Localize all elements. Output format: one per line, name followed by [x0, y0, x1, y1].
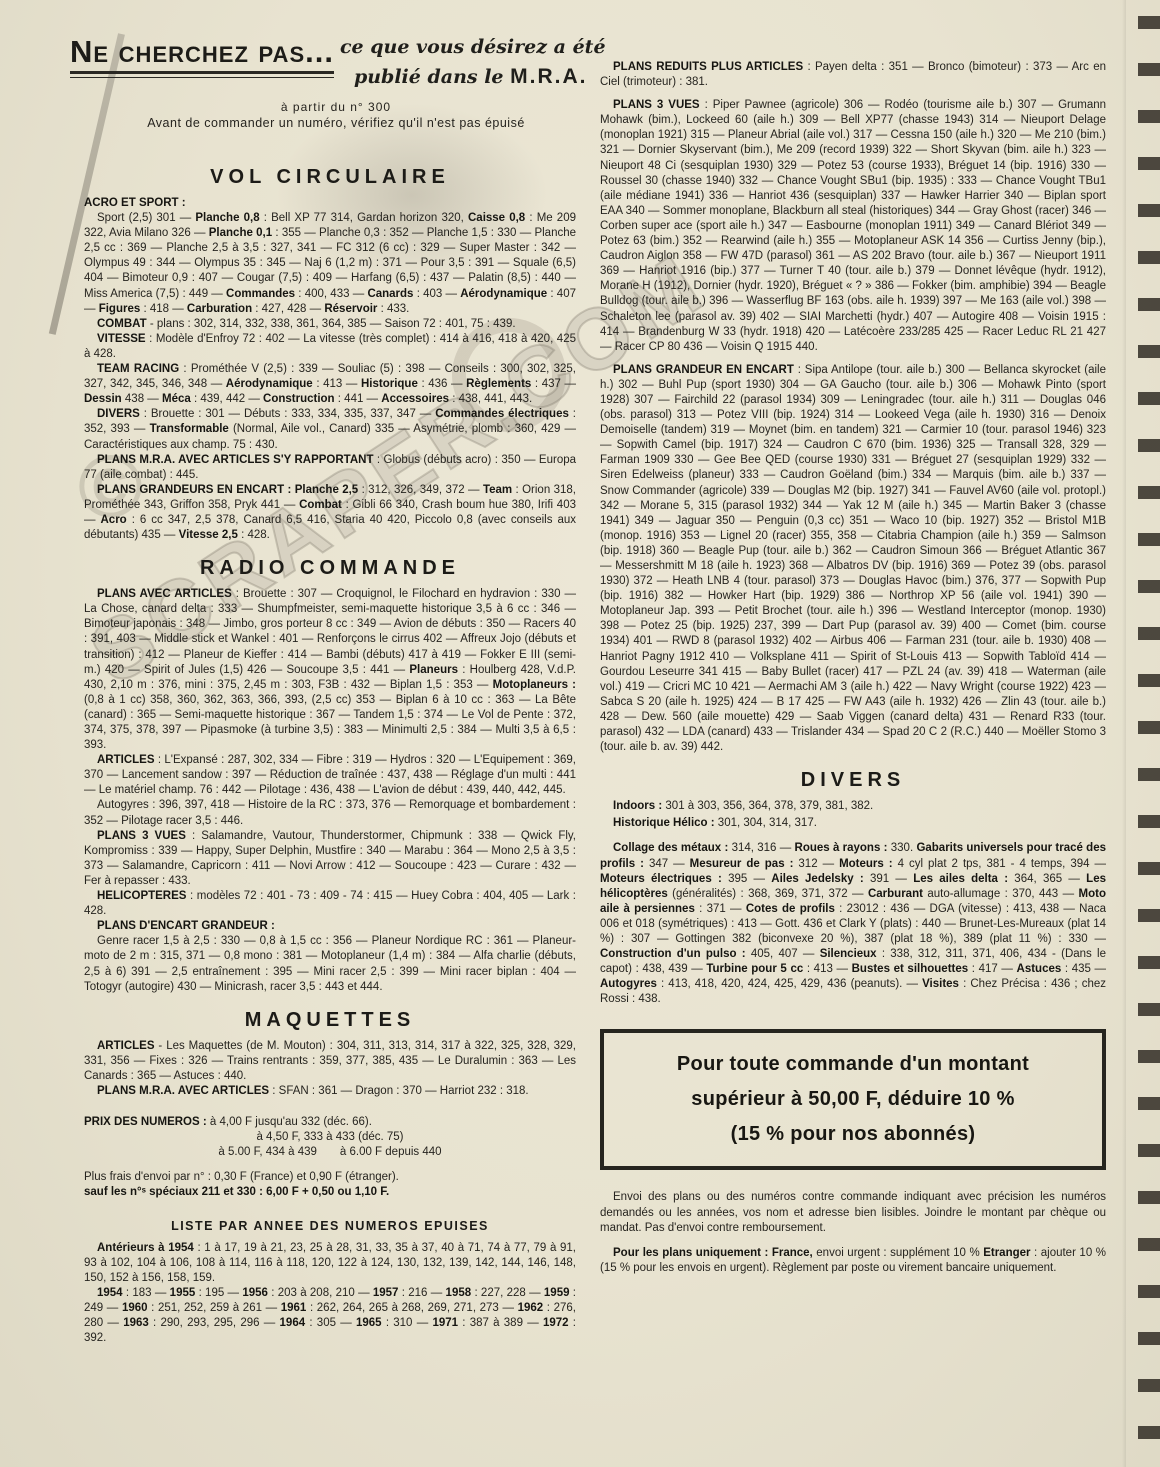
bold-text: Roues à rayons : [795, 842, 888, 854]
text: : 427, 428 — [252, 303, 324, 315]
text: : Brouette : 307 — Croquignol, le Filoch… [84, 588, 576, 675]
bold-text: 1962 [518, 1302, 544, 1314]
bold-text: PLANS GRANDEUR EN ENCART [613, 364, 794, 376]
header-note-warning: Avant de commander un numéro, vérifiez q… [70, 116, 602, 130]
bold-text: ACRO ET SPORT : [84, 197, 186, 209]
text: : 438, 441, 443. [449, 393, 532, 405]
bold-text: Carburant [868, 888, 923, 900]
text: : 428. [238, 529, 270, 541]
paragraph: ARTICLES - Les Maquettes (de M. Mouton) … [84, 1039, 576, 1084]
text: 395 — [722, 873, 771, 885]
bold-text: Règlements [466, 378, 531, 390]
text: : 413 — [803, 963, 851, 975]
text: auto-allumage : 370, 443 — [923, 888, 1079, 900]
text: : 290, 293, 295, 296 — [149, 1317, 280, 1329]
bold-text: Mesureur de pas : [690, 858, 794, 870]
bold-text: PLANS 3 VUES [97, 830, 186, 842]
bold-text: ARTICLES [97, 1040, 155, 1052]
header-note-number: à partir du n° 300 [70, 100, 602, 114]
text: Autogyres : 396, 397, 418 — Histoire de … [84, 799, 576, 826]
vol-circulaire-paragraphs: ACRO ET SPORT :Sport (2,5) 301 — Planche… [84, 196, 576, 543]
bold-text: 1955 [170, 1287, 196, 1299]
text: : 251, 252, 259 à 261 — [148, 1302, 281, 1314]
bold-text: sauf les n°ˢ spéciaux 211 et 330 : 6,00 … [84, 1186, 389, 1198]
bold-text: ARTICLES [97, 754, 155, 766]
bold-text: 1960 [122, 1302, 148, 1314]
title-rule-thin [70, 77, 334, 78]
paragraph: Collage des métaux : 314, 316 — Roues à … [600, 841, 1106, 1007]
promo-line: supérieur à 50,00 F, déduire 10 % [612, 1082, 1094, 1117]
paragraph: VITESSE : Modèle d'Enfroy 72 : 402 — La … [84, 332, 576, 362]
bold-text: Planche 2,5 [295, 484, 358, 496]
title-script: ce que vous désirez a été publié dans le… [340, 34, 606, 92]
text: 391 — [864, 873, 913, 885]
paragraph: sauf les n°ˢ spéciaux 211 et 330 : 6,00 … [84, 1185, 576, 1200]
section-title-vol-circulaire: VOL CIRCULAIRE [84, 166, 576, 189]
text: 364, 365 — [1008, 873, 1086, 885]
paragraph: PLANS 3 VUES : Salamandre, Vautour, Thun… [84, 829, 576, 889]
text: : 441 — [335, 393, 382, 405]
paragraph: PLANS D'ENCART GRANDEUR : [84, 919, 576, 934]
bold-text: 1959 [544, 1287, 570, 1299]
bold-text: Construction [263, 393, 335, 405]
text: : SFAN : 361 — Dragon : 370 — Harriot 23… [269, 1085, 529, 1097]
bold-text: Antérieurs à 1954 [97, 1242, 194, 1254]
text: : 203 à 208, 210 — [268, 1287, 373, 1299]
mra-logo: M.R.A. [510, 65, 587, 88]
bold-text: Collage des métaux : [613, 842, 728, 854]
text: : 216 — [398, 1287, 445, 1299]
magazine-page: SCRAPER.COM © Ne cherchez pas... ce que … [0, 0, 1160, 1467]
text: : 435 — [1061, 963, 1106, 975]
text: : 400, 433 — [295, 288, 367, 300]
text: 405, 407 — [746, 948, 820, 960]
bold-text: Acro [101, 514, 127, 526]
bold-text: Ailes Jedelsky : [771, 873, 863, 885]
paragraph: Pour les plans uniquement : France, envo… [600, 1246, 1106, 1276]
text: : 437 — [531, 378, 576, 390]
bold-text: 1965 [356, 1317, 382, 1329]
bold-text: Pour les plans uniquement : France, [613, 1247, 813, 1259]
text: : 195 — [195, 1287, 242, 1299]
paragraph: Indoors : 301 à 303, 356, 364, 378, 379,… [600, 799, 1106, 814]
title-script-line1: ce que vous désirez a été [340, 34, 606, 62]
prix-des-numeros: PRIX DES NUMEROS : à 4,00 F jusqu'au 332… [84, 1115, 576, 1200]
maquettes-paragraphs: ARTICLES - Les Maquettes (de M. Mouton) … [84, 1039, 576, 1099]
bold-text: Canards [367, 288, 413, 300]
bold-text: Réservoir [324, 303, 377, 315]
bold-text: Planche 0,8 [195, 212, 259, 224]
paragraph: PLANS AVEC ARTICLES : Brouette : 307 — C… [84, 587, 576, 753]
bold-text: PLANS M.R.A. AVEC ARTICLES [97, 1085, 269, 1097]
bold-text: 1957 [373, 1287, 399, 1299]
left-column: VOL CIRCULAIRE ACRO ET SPORT :Sport (2,5… [84, 166, 576, 1346]
text: Plus frais d'envoi par n° : 0,30 F (Fran… [84, 1171, 399, 1183]
paragraph: ARTICLES : L'Expansé : 287, 302, 334 — F… [84, 753, 576, 798]
text: : 6 cc 347, 2,5 378, Canard 6,5 416, Sta… [84, 514, 576, 541]
bold-text: Autogyres [600, 978, 657, 990]
bold-text: Accessoires [381, 393, 449, 405]
page-title: Ne cherchez pas... [70, 34, 334, 70]
bold-text: COMBAT [97, 318, 147, 330]
bold-text: Vitesse 2,5 [179, 529, 238, 541]
bold-text: Caisse 0,8 [468, 212, 525, 224]
text: 301 à 303, 356, 364, 378, 379, 381, 382. [662, 800, 873, 812]
bold-text: Visites [922, 978, 959, 990]
text: : 413 — [313, 378, 361, 390]
paragraph: PLANS M.R.A. AVEC ARTICLES : SFAN : 361 … [84, 1084, 576, 1099]
text: 330. [887, 842, 916, 854]
text: à 5.00 F, 434 à 439 à 6.00 F depuis 440 [218, 1146, 441, 1158]
paragraph: Autogyres : 396, 397, 418 — Histoire de … [84, 798, 576, 828]
bold-text: Historique [361, 378, 418, 390]
bold-text: PLANS AVEC ARTICLES [97, 588, 232, 600]
bold-text: Commandes [226, 288, 295, 300]
title-script-line2: publié dans le M.R.A. [354, 62, 606, 92]
bold-text: 1964 [280, 1317, 306, 1329]
text: envoi urgent : supplément 10 % [813, 1247, 983, 1259]
paragraph: Envoi des plans ou des numéros contre co… [600, 1190, 1106, 1235]
section-title-radio-commande: RADIO COMMANDE [84, 557, 576, 580]
bold-text: Figures [99, 303, 141, 315]
bold-text: Bustes et silhouettes [852, 963, 969, 975]
paragraph: DIVERS : Brouette : 301 — Débuts : 333, … [84, 407, 576, 452]
text: à 4,50 F, 333 à 433 (déc. 75) [256, 1131, 403, 1143]
spiral-binding [1138, 16, 1160, 1467]
paragraph: TEAM RACING : Prométhée V (2,5) : 339 — … [84, 362, 576, 407]
bold-text: HELICOPTERES [97, 890, 186, 902]
bold-text: Commandes électriques [435, 408, 569, 420]
text: : 371 — [695, 903, 746, 915]
bold-text: Construction d'un pulso : [600, 948, 746, 960]
bold-text: Carburation [187, 303, 252, 315]
paragraph: Historique Hélico : 301, 304, 314, 317. [600, 816, 1106, 831]
text: : 436 — [418, 378, 466, 390]
bold-text: Transformable [150, 423, 229, 435]
paragraph: COMBAT - plans : 302, 314, 332, 338, 361… [84, 317, 576, 332]
paragraph: PLANS 3 VUES : Piper Pawnee (agricole) 3… [600, 98, 1106, 355]
bold-text: Aérodynamique [226, 378, 313, 390]
bold-text: PLANS D'ENCART GRANDEUR : [97, 920, 275, 932]
bold-text: Méca [162, 393, 191, 405]
text: : 310 — [382, 1317, 433, 1329]
text: : 387 à 389 — [458, 1317, 543, 1329]
paragraph: HELICOPTERES : modèles 72 : 401 - 73 : 4… [84, 889, 576, 919]
bold-text: DIVERS [97, 408, 140, 420]
promo-line: Pour toute commande d'un montant [612, 1047, 1094, 1082]
bold-text: Historique Hélico : [613, 817, 715, 829]
text: - plans : 302, 314, 332, 338, 361, 364, … [147, 318, 516, 330]
bold-text: Combat [299, 499, 342, 511]
text: : Modèle d'Enfroy 72 : 402 — La vitesse … [84, 333, 576, 360]
bold-text: Motoplaneurs : [493, 679, 576, 691]
header: Ne cherchez pas... ce que vous désirez a… [70, 34, 602, 130]
brand-row: Ne cherchez pas... ce que vous désirez a… [70, 34, 602, 92]
paragraph: à 5.00 F, 434 à 439 à 6.00 F depuis 440 [84, 1145, 576, 1160]
bold-text: Team [483, 484, 512, 496]
bold-text: Turbine pour 5 cc [706, 963, 803, 975]
bold-text: TEAM RACING [97, 363, 179, 375]
liste-epuises-paragraphs: Antérieurs à 1954 : 1 à 17, 19 à 21, 23,… [84, 1241, 576, 1347]
ordering-notes: Envoi des plans ou des numéros contre co… [600, 1190, 1106, 1275]
title-rule-thick [70, 71, 334, 74]
bold-text: Etranger [983, 1247, 1030, 1259]
page-edge-shadow [1122, 0, 1126, 1467]
radio-commande-paragraphs: PLANS AVEC ARTICLES : Brouette : 307 — C… [84, 587, 576, 995]
text: : Sipa Antilope (tour. aile b.) 300 — Be… [600, 364, 1106, 753]
paragraph: PLANS M.R.A. AVEC ARTICLES S'Y RAPPORTAN… [84, 453, 576, 483]
paragraph: à 4,50 F, 333 à 433 (déc. 75) [84, 1130, 576, 1145]
text: : Brouette : 301 — Débuts : 333, 334, 33… [140, 408, 435, 420]
text: (0,8 à 1 cc) 358, 360, 362, 363, 366, 39… [84, 694, 576, 751]
paragraph: ACRO ET SPORT : [84, 196, 576, 211]
brand-wrap: Ne cherchez pas... [70, 34, 334, 78]
bold-text: PLANS 3 VUES [613, 99, 700, 111]
text: 347 — [644, 858, 690, 870]
paragraph: PLANS GRANDEUR EN ENCART : Sipa Antilope… [600, 363, 1106, 755]
text: 312 — [793, 858, 839, 870]
paragraph: PLANS REDUITS PLUS ARTICLES : Payen delt… [600, 60, 1106, 90]
text: Envoi des plans ou des numéros contre co… [600, 1191, 1106, 1233]
text: : 262, 264, 265 à 268, 269, 271, 273 — [306, 1302, 517, 1314]
text: : 433. [377, 303, 409, 315]
text: : L'Expansé : 287, 302, 334 — Fibre : 31… [84, 754, 576, 796]
paragraph: PLANS GRANDEURS EN ENCART : Planche 2,5 … [84, 483, 576, 543]
text: Sport (2,5) 301 — [97, 212, 195, 224]
paragraph: 1954 : 183 — 1955 : 195 — 1956 : 203 à 2… [84, 1286, 576, 1346]
bold-text: 1954 [97, 1287, 123, 1299]
bold-text: Les ailes delta : [913, 873, 1008, 885]
paragraph: Plus frais d'envoi par n° : 0,30 F (Fran… [84, 1170, 576, 1185]
text: Genre racer 1,5 à 2,5 : 330 — 0,8 à 1,5 … [84, 935, 576, 992]
divers-paragraphs: Indoors : 301 à 303, 356, 364, 378, 379,… [600, 799, 1106, 1007]
bold-text: PLANS M.R.A. AVEC ARTICLES S'Y RAPPORTAN… [97, 454, 373, 466]
text: : 403 — [413, 288, 460, 300]
text: 301, 304, 314, 317. [715, 817, 817, 829]
bold-text: Moteurs électriques : [600, 873, 722, 885]
text: : 439, 442 — [191, 393, 263, 405]
bold-text: Silencieux [820, 948, 877, 960]
text: (généralités) : 368, 369, 371, 372 — [668, 888, 868, 900]
text: : Piper Pawnee (agricole) 306 — Rodéo (t… [600, 99, 1106, 353]
bold-text: Indoors : [613, 800, 662, 812]
text: - Les Maquettes (de M. Mouton) : 304, 31… [84, 1040, 576, 1082]
text: 4 cyl plat 2 tps, 381 - 4 temps, 394 — [893, 858, 1106, 870]
text: : 413, 418, 420, 424, 425, 429, 436 (pea… [657, 978, 922, 990]
bold-text: VITESSE [97, 333, 146, 345]
paragraph: PRIX DES NUMEROS : à 4,00 F jusqu'au 332… [84, 1115, 576, 1130]
text: : 305 — [305, 1317, 356, 1329]
paragraph: Sport (2,5) 301 — Planche 0,8 : Bell XP … [84, 211, 576, 317]
paragraph: Antérieurs à 1954 : 1 à 17, 19 à 21, 23,… [84, 1241, 576, 1286]
bold-text: 1963 [123, 1317, 149, 1329]
bold-text: Planche 0,1 [209, 227, 272, 239]
right-column: PLANS REDUITS PLUS ARTICLES : Payen delt… [600, 60, 1106, 1276]
paragraph: Genre racer 1,5 à 2,5 : 330 — 0,8 à 1,5 … [84, 934, 576, 994]
text: à 4,00 F jusqu'au 332 (déc. 66). [210, 1116, 372, 1128]
bold-text: Moteurs : [839, 858, 893, 870]
plans-paragraphs: PLANS REDUITS PLUS ARTICLES : Payen delt… [600, 60, 1106, 755]
text: : Bell XP 77 314, Gardan horizon 320, [260, 212, 468, 224]
text: : 183 — [123, 1287, 170, 1299]
bold-text: 1961 [281, 1302, 307, 1314]
promo-line: (15 % pour nos abonnés) [612, 1117, 1094, 1152]
text: : 312, 326, 349, 372 — [358, 484, 483, 496]
text: : 418 — [140, 303, 187, 315]
title-script-line2-text: publié dans le [354, 66, 504, 88]
bold-text: 1958 [446, 1287, 472, 1299]
bold-text: Cotes de profils [746, 903, 835, 915]
text: : 227, 228 — [471, 1287, 544, 1299]
bold-text: Planeurs [409, 664, 458, 676]
discount-box: Pour toute commande d'un montantsupérieu… [600, 1029, 1106, 1170]
bold-text: PRIX DES NUMEROS : [84, 1116, 210, 1128]
bold-text: 1972 [543, 1317, 569, 1329]
bold-text: 1971 [432, 1317, 458, 1329]
section-title-divers: DIVERS [600, 769, 1106, 792]
text: 314, 316 — [728, 842, 794, 854]
text: 438 — [122, 393, 162, 405]
bold-text: Dessin [84, 393, 122, 405]
bold-text: PLANS GRANDEURS EN ENCART : [97, 484, 295, 496]
bold-text: Astuces [1017, 963, 1062, 975]
bold-text: 1956 [242, 1287, 268, 1299]
section-title-maquettes: MAQUETTES [84, 1009, 576, 1032]
text: : 417 — [968, 963, 1016, 975]
bold-text: PLANS REDUITS PLUS ARTICLES [613, 61, 803, 73]
bold-text: Aérodynamique [460, 288, 547, 300]
section-title-liste-epuises: LISTE PAR ANNEE DES NUMEROS EPUISES [84, 1219, 576, 1233]
